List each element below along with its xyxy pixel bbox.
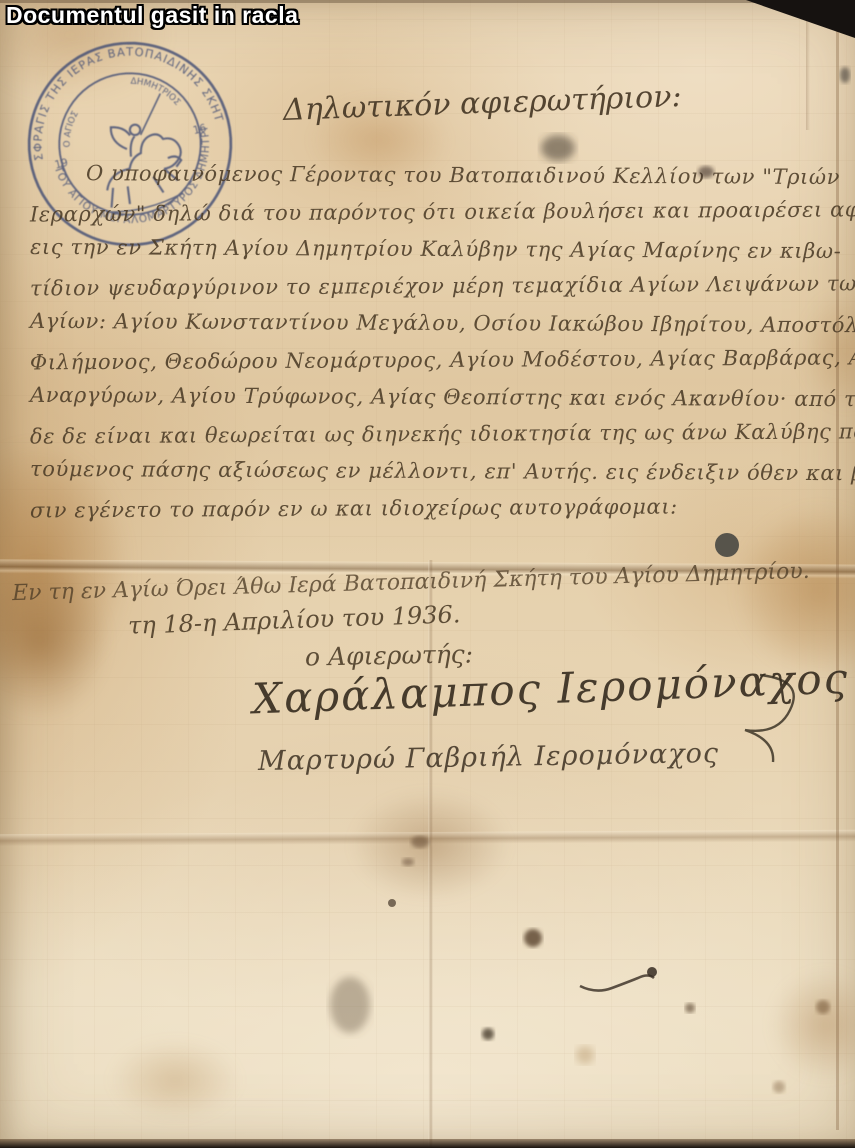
stain-center-crumple (350, 790, 510, 900)
ink-smudge-heading (541, 135, 575, 161)
crumple-mark (402, 858, 414, 866)
edge-mark (840, 67, 850, 83)
scanned-document: ΣΦΡΑΓΙΣ ΤΗΣ ΙΕΡΑΣ ΒΑΤΟΠΑΙΔΙΝΗΣ ΣΚΗΤΗΣ ΤΟ… (0, 0, 855, 1148)
hole-dot (715, 533, 739, 557)
stain-bottom-right (770, 970, 855, 1080)
body-line: δε δε είναι και θεωρείται ως διηνεκής ιδ… (30, 420, 840, 462)
document-heading: Δηλωτικόν αφιερωτήριον: (283, 79, 683, 128)
body-line: Ο υποφαινόμενος Γέροντας του Βατοπαιδινο… (30, 161, 840, 202)
body-line: Φιλήμονος, Θεοδώρου Νεομάρτυρος, Αγίου Μ… (30, 346, 840, 388)
ink-squiggle (580, 976, 654, 991)
stain-bottom-left (110, 1040, 240, 1120)
body-line: Αναργύρων, Αγίου Τρύφωνος, Αγίας Θεοπίστ… (30, 383, 840, 424)
spot (524, 929, 542, 947)
spot (685, 1003, 695, 1013)
scanner-background-corner (746, 0, 855, 38)
spot (482, 1028, 494, 1040)
body-line: τίδιον ψευδαργύρινον το εμπεριέχον μέρη … (30, 272, 840, 314)
body-line: τούμενος πάσης αξιώσεως εν μέλλοντι, επ'… (30, 457, 840, 498)
scan-edge-bottom (0, 1139, 855, 1148)
lower-fold-crease (0, 830, 855, 846)
smudge (330, 977, 370, 1033)
spot (773, 1081, 785, 1093)
crumple-mark (411, 836, 429, 848)
spot (388, 899, 396, 907)
document-body: Ο υποφαινόμενος Γέροντας του Βατοπαιδινο… (30, 163, 840, 533)
body-line: σιν εγένετο το παρόν εν ω και ιδιοχείρως… (30, 494, 840, 536)
date-line: τη 18-η Απριλίου του 1936. (128, 600, 461, 640)
place-line: Εν τη εν Αγίω Όρει Άθω Ιερά Βατοπαιδινή … (12, 559, 810, 606)
svg-text:ΣΦΡΑΓΙΣ ΤΗΣ ΙΕΡΑΣ ΒΑΤΟΠΑΙΔΙΝΗΣ: ΣΦΡΑΓΙΣ ΤΗΣ ΙΕΡΑΣ ΒΑΤΟΠΑΙΔΙΝΗΣ ΣΚΗΤΗΣ (4, 18, 227, 171)
spot (647, 967, 657, 977)
body-line: Ιεραρχών" δηλώ διά του παρόντος ότι οικε… (30, 198, 840, 240)
body-line: εις την εν Σκήτη Αγίου Δημητρίου Καλύβην… (30, 235, 840, 276)
spot (816, 1000, 830, 1014)
witness-signature: Μαρτυρώ Γαβριήλ Ιερομόναχος (258, 738, 719, 777)
faint-spot (576, 1046, 594, 1064)
stamp-arc-top-text: ΣΦΡΑΓΙΣ ΤΗΣ ΙΕΡΑΣ ΒΑΤΟΠΑΙΔΙΝΗΣ ΣΚΗΤΗΣ (4, 18, 227, 171)
overlay-caption: Documentul gasit in racla (6, 2, 298, 29)
body-line: Αγίων: Αγίου Κωνσταντίνου Μεγάλου, Οσίου… (30, 309, 840, 350)
